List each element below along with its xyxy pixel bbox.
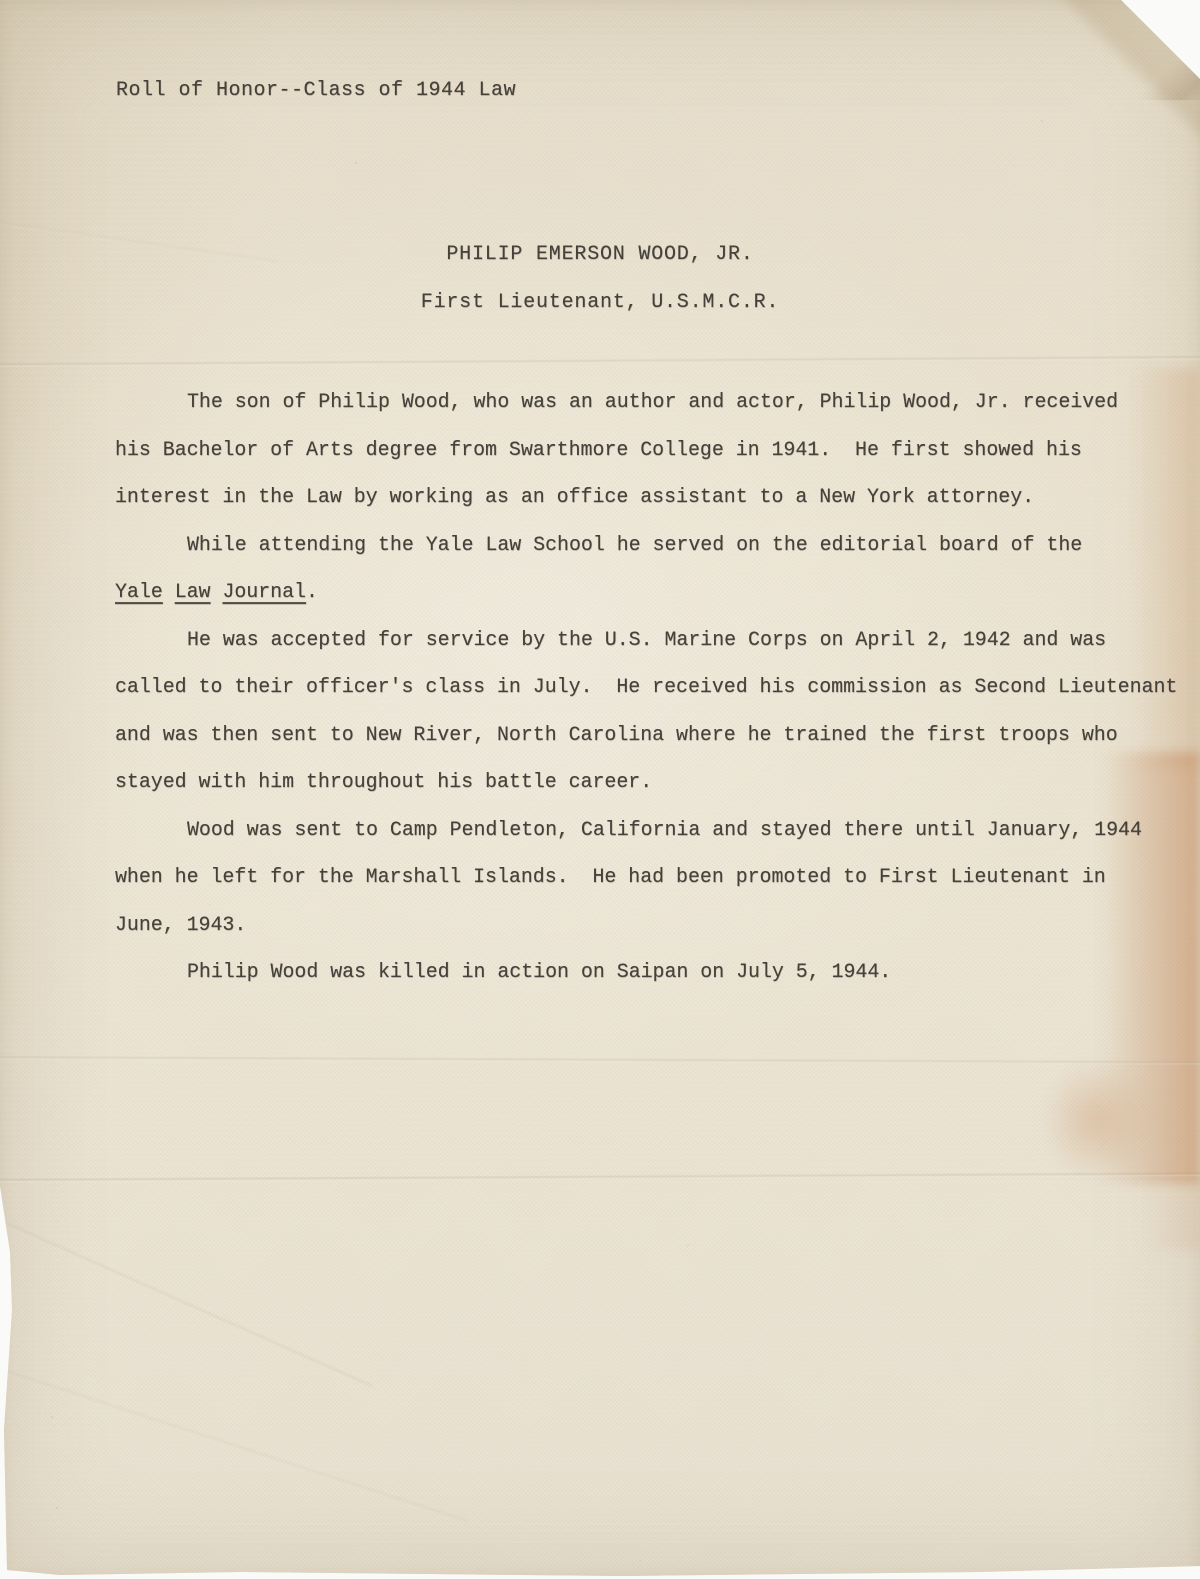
paper-sheet: Roll of Honor--Class of 1944 Law PHILIP … <box>0 0 1200 1579</box>
typed-line: Wood was sent to Camp Pendleton, Califor… <box>115 806 1190 854</box>
typed-line: his Bachelor of Arts degree from Swarthm… <box>115 426 1190 474</box>
typed-line: and was then sent to New River, North Ca… <box>115 711 1190 759</box>
fold-crease-middle <box>0 1056 1200 1064</box>
stain-blob <box>1042 1058 1152 1183</box>
typed-line: interest in the Law by working as an off… <box>115 473 1190 521</box>
folded-corner-edge <box>1090 0 1200 100</box>
typed-line: While attending the Yale Law School he s… <box>115 521 1190 569</box>
typed-line: The son of Philip Wood, who was an autho… <box>115 378 1190 426</box>
typed-line: when he left for the Marshall Islands. H… <box>115 853 1190 901</box>
typed-line: June, 1943. <box>115 901 1190 949</box>
document-title: PHILIP EMERSON WOOD, JR. <box>0 243 1200 267</box>
stain-tail <box>1140 1180 1200 1250</box>
typed-line: Philip Wood was killed in action on Saip… <box>115 948 1190 996</box>
folded-corner-shading <box>1040 0 1200 159</box>
document-subtitle: First Lieutenant, U.S.M.C.R. <box>0 291 1200 315</box>
document-header: Roll of Honor--Class of 1944 Law <box>116 79 516 103</box>
scanned-document: Roll of Honor--Class of 1944 Law PHILIP … <box>0 0 1200 1579</box>
typed-line: Yale Law Journal. <box>115 568 1190 616</box>
fold-crease-upper <box>0 356 1200 366</box>
typed-line: stayed with him throughout his battle ca… <box>115 758 1190 806</box>
typed-line: He was accepted for service by the U.S. … <box>115 616 1190 664</box>
fold-crease-lower <box>0 1173 1200 1182</box>
crease-diagonal-bottom-left-2 <box>0 1360 468 1524</box>
document-body: The son of Philip Wood, who was an autho… <box>115 378 1190 996</box>
crease-diagonal-bottom-left-1 <box>0 1215 372 1389</box>
typed-line: called to their officer's class in July.… <box>115 663 1190 711</box>
